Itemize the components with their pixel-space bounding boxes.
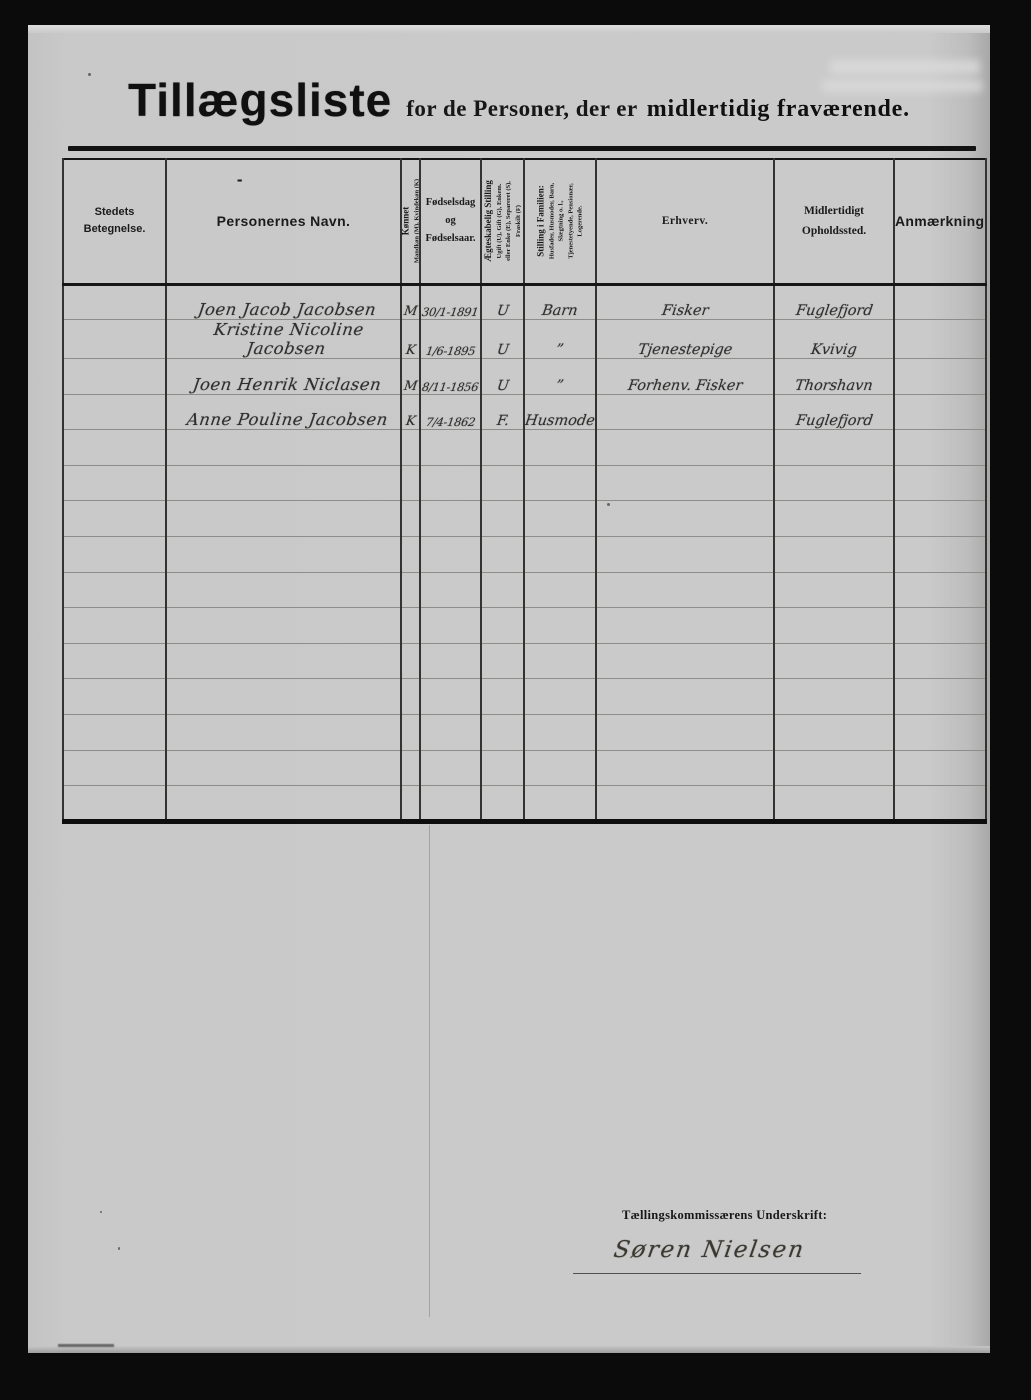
header-aegteskabelig: Ægteskabelig Stilling Ugift (U), Gift (G… [481,159,524,284]
cell-erhverv: Fisker [596,284,774,320]
header-konnet-sub: Mandkøn (M), Kvindekøn (K) [412,162,420,280]
cell-fodsel: 1/6-1895 [420,320,481,359]
empty-cell [774,537,894,573]
cell-ophold: Thorshavn [774,359,894,395]
cell-ophold: Fuglefjord [774,394,894,430]
empty-cell [481,465,524,501]
empty-cell [894,608,986,644]
empty-cell [596,608,774,644]
empty-cell [63,430,166,466]
cell-kon: M [401,359,420,395]
empty-cell [524,643,596,679]
header-aegteskabelig-title: Ægteskabelig Stilling [483,162,495,280]
header-dash-mark: - [237,170,243,190]
empty-cell [481,572,524,608]
header-opholdssted: Midlertidigt Opholdssted. [774,159,894,284]
cell-fodsel: 8/11-1856 [420,359,481,395]
cell-fodsel: 30/1-1891 [420,284,481,320]
empty-cell [774,786,894,822]
printer-mark [58,1344,114,1347]
empty-cell [166,643,401,679]
empty-cell [596,715,774,751]
empty-cell [420,715,481,751]
cell-navn: Joen Jacob Jacobsen [166,284,401,320]
header-stilling-title: Stilling i Familien: [535,162,547,280]
empty-cell [166,430,401,466]
title-subtitle: for de Personer, der er [406,96,637,122]
empty-cell [166,715,401,751]
empty-cell [894,501,986,537]
table-row: Joen Jacob Jacobsen M 30/1-1891 U Barn F… [63,284,986,320]
empty-cell [166,537,401,573]
empty-cell [420,572,481,608]
empty-cell [401,572,420,608]
header-konnet-title: Kønnet [401,162,412,280]
cell-navn: Joen Henrik Niclasen [166,359,401,395]
cell-navn: Anne Pouline Jacobsen [166,394,401,430]
empty-cell [894,750,986,786]
signature-label: Tællingskommissærens Underskrift: [622,1208,827,1223]
empty-cell [420,750,481,786]
empty-cell [596,679,774,715]
census-table: Stedets Betegnelse. - Personernes Navn. … [62,158,987,824]
paper-edge-bottom [28,1346,990,1353]
paper-fold-line [429,825,430,1317]
empty-cell [401,430,420,466]
header-stilling-sub: Husfader, Husmoder, Barn, Slægtning o. l… [547,162,585,280]
cell-stilling: Barn [524,284,596,320]
empty-cell [166,750,401,786]
empty-cell [596,465,774,501]
table-row: Kristine Nicoline Jacobsen K 1/6-1895 U … [63,320,986,359]
empty-cell [420,537,481,573]
header-erhverv: Erhverv. [596,159,774,284]
empty-table-row [63,715,986,751]
cell-anm [894,359,986,395]
empty-cell [481,679,524,715]
cell-sted [63,284,166,320]
paper-sheet: Tillægsliste for de Personer, der er mid… [28,25,990,1353]
empty-cell [524,572,596,608]
cell-erhverv: Forhenv. Fisker [596,359,774,395]
empty-cell [63,501,166,537]
empty-cell [481,608,524,644]
empty-cell [63,679,166,715]
cell-aegteskab: F. [481,394,524,430]
empty-cell [166,572,401,608]
empty-cell [774,465,894,501]
empty-cell [894,430,986,466]
header-personernes-navn: - Personernes Navn. [166,159,401,284]
empty-cell [63,643,166,679]
cell-sted [63,394,166,430]
cell-ophold: Fuglefjord [774,284,894,320]
signature-line [573,1273,861,1274]
cell-navn: Kristine Nicoline Jacobsen [166,320,401,359]
empty-cell [524,750,596,786]
scan-background: { "title": { "main": "Tillægsliste", "re… [0,0,1031,1400]
empty-table-row [63,679,986,715]
empty-cell [774,572,894,608]
ink-speck [100,1211,102,1213]
empty-cell [401,608,420,644]
cell-sted [63,359,166,395]
cell-kon: M [401,284,420,320]
empty-cell [524,537,596,573]
table-header: Stedets Betegnelse. - Personernes Navn. … [63,159,986,284]
empty-cell [774,430,894,466]
empty-cell [63,572,166,608]
empty-cell [63,750,166,786]
empty-cell [524,608,596,644]
empty-cell [596,750,774,786]
empty-cell [481,715,524,751]
empty-cell [481,501,524,537]
empty-cell [894,715,986,751]
cell-sted [63,320,166,359]
empty-cell [481,643,524,679]
empty-cell [774,715,894,751]
empty-cell [774,643,894,679]
empty-cell [481,786,524,822]
empty-cell [596,537,774,573]
table-row: Joen Henrik Niclasen M 8/11-1856 U ” For… [63,359,986,395]
cell-anm [894,284,986,320]
empty-cell [894,679,986,715]
empty-table-row [63,430,986,466]
empty-cell [401,715,420,751]
empty-cell [524,430,596,466]
cell-stilling: ” [524,320,596,359]
header-aegteskabelig-sub: Ugift (U), Gift (G), Enkem. eller Enke (… [494,162,522,280]
title-main: Tillægsliste [128,73,392,127]
empty-cell [596,430,774,466]
empty-cell [481,537,524,573]
title-rule [68,146,976,151]
header-fodselsdag: Fødselsdag og Fødselsaar. [420,159,481,284]
cell-kon: K [401,394,420,430]
empty-cell [420,501,481,537]
cell-fodsel: 7/4-1862 [420,394,481,430]
empty-cell [420,679,481,715]
empty-cell [894,643,986,679]
ink-speck [88,73,91,76]
empty-cell [401,643,420,679]
cell-stilling: Husmoder [524,394,596,430]
cell-erhverv: Tjenestepige [596,320,774,359]
header-konnet: Kønnet Mandkøn (M), Kvindekøn (K) [401,159,420,284]
empty-cell [63,608,166,644]
empty-cell [401,501,420,537]
empty-cell [596,501,774,537]
cell-anm [894,394,986,430]
empty-cell [894,537,986,573]
empty-cell [524,679,596,715]
empty-cell [894,465,986,501]
cell-stilling: ” [524,359,596,395]
empty-cell [774,750,894,786]
empty-table-row [63,643,986,679]
empty-cell [166,679,401,715]
empty-table-row [63,465,986,501]
empty-cell [524,465,596,501]
cell-ophold: Kvivig [774,320,894,359]
empty-cell [596,786,774,822]
header-stilling-i-familien: Stilling i Familien: Husfader, Husmoder,… [524,159,596,284]
empty-table-row [63,572,986,608]
empty-table-row [63,501,986,537]
empty-cell [596,643,774,679]
empty-cell [524,501,596,537]
empty-cell [401,786,420,822]
title-emphasis: midlertidig fraværende. [647,96,910,123]
empty-cell [481,750,524,786]
cell-aegteskab: U [481,359,524,395]
empty-cell [894,786,986,822]
empty-cell [481,430,524,466]
empty-table-row [63,786,986,822]
empty-cell [420,430,481,466]
table-body: Joen Jacob Jacobsen M 30/1-1891 U Barn F… [63,284,986,821]
empty-cell [401,465,420,501]
empty-cell [524,786,596,822]
empty-cell [420,643,481,679]
empty-cell [63,786,166,822]
empty-cell [774,501,894,537]
paper-edge-top [28,25,990,33]
empty-table-row [63,537,986,573]
empty-cell [894,572,986,608]
page-title: Tillægsliste for de Personer, der er mid… [128,73,958,127]
empty-cell [774,679,894,715]
empty-cell [166,501,401,537]
empty-cell [774,608,894,644]
cell-erhverv [596,394,774,430]
empty-cell [401,537,420,573]
empty-cell [166,608,401,644]
cell-anm [894,320,986,359]
signature-name: Søren Nielsen [612,1237,807,1263]
ink-speck [118,1247,120,1250]
empty-table-row [63,750,986,786]
empty-table-row [63,608,986,644]
empty-cell [420,465,481,501]
empty-cell [420,608,481,644]
table-row: Anne Pouline Jacobsen K 7/4-1862 F. Husm… [63,394,986,430]
cell-kon: K [401,320,420,359]
empty-cell [420,786,481,822]
empty-cell [63,715,166,751]
cell-aegteskab: U [481,320,524,359]
empty-cell [166,465,401,501]
empty-cell [401,750,420,786]
header-anmaerkninger: Anmærkninger. [894,159,986,284]
cell-aegteskab: U [481,284,524,320]
header-navn-label: Personernes Navn. [217,213,351,229]
empty-cell [166,786,401,822]
empty-cell [63,465,166,501]
empty-cell [524,715,596,751]
empty-cell [401,679,420,715]
header-stedets-betegnelse: Stedets Betegnelse. [63,159,166,284]
empty-cell [596,572,774,608]
empty-cell [63,537,166,573]
